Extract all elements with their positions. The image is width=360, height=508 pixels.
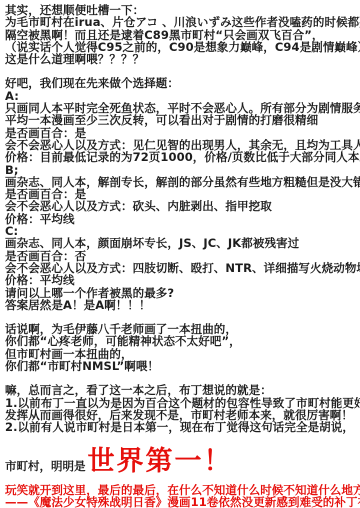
text-line: 你们都“市町村NMSL”啊喂！ (5, 360, 355, 372)
footer-line: 玩笑就开到这里，最后的最后，在什么不知道什么时候不知道什么地方再见吧 (5, 484, 355, 496)
text-line: 画杂志、同人本，颜面崩坏专长，JS、JC、JK都被残害过 (5, 237, 355, 249)
text-line: 嘛，总而言之，看了这一本之后，布丁想说的就是： (5, 384, 355, 396)
text-line: 你们都“心疼老师，可能精神状态不太好吧”， (5, 335, 355, 347)
intro-paragraph: 其实，还想顺便吐槽一下： 为毛市町村在irua、片仓アコ 、川浪いずみ这些作者没… (5, 4, 355, 65)
claim-highlight: 世界第一！ (88, 448, 233, 476)
footer-paragraph: 玩笑就开到这里，最后的最后，在什么不知道什么时候不知道什么地方再见吧 ——《魔法… (5, 484, 355, 508)
text-line: 2.以前有人说市町村是日本第一，现在布丁觉得这句话完全是胡说， (5, 421, 355, 433)
text-line: 请问以上哪一个作者被黑的最多? (5, 287, 355, 299)
text-line: 价格：平均线 (5, 274, 355, 286)
text-line: 价格：平均线 (5, 213, 355, 225)
text-line: 答案居然是A！是A啊！！！ (5, 299, 355, 311)
text-line: 好吧，我们现在先来做个选择题： (5, 77, 355, 89)
text-line: 价格：目前最低记录的为72页1000，价格/页数比低于大部分同人本。 (5, 151, 355, 163)
option-b-label: B; (5, 164, 355, 176)
text-line: 为毛市町村在irua、片仓アコ 、川浪いずみ这些作者没嗑药的时候都要 (5, 16, 355, 28)
footer-signature: ——《魔法少女特殊战明日香》漫画11卷依然没更新感到难受的补丁布丁 (5, 496, 355, 508)
text-post-page: 其实，还想顺便吐槽一下： 为毛市町村在irua、片仓アコ 、川浪いずみ这些作者没… (0, 0, 360, 508)
claim-prefix: 市町村，明明是 (5, 459, 86, 476)
text-line: 会不会恶心人以及方式：砍头、内脏剥出、指甲挖取 (5, 200, 355, 212)
text-line: 平均一本漫画至少三次反转，可以看出对于剧情的打磨很精细 (5, 114, 355, 126)
comparison-paragraph: 话说啊，为毛伊藤八千老师画了一本扭曲的， 你们都“心疼老师，可能精神状态不太好吧… (5, 323, 355, 372)
text-line: 这是什么道理啊喂？？？？ (5, 53, 355, 65)
summary-paragraph: 嘛，总而言之，看了这一本之后，布丁想说的就是： 1.以前布丁一直以为是因为百合这… (5, 384, 355, 433)
quiz-paragraph: 好吧，我们现在先来做个选择题： A: 只画同人本平时完全死鱼状态，平时不会恶心人… (5, 77, 355, 311)
claim-line: 市町村，明明是 世界第一！ (5, 448, 355, 476)
